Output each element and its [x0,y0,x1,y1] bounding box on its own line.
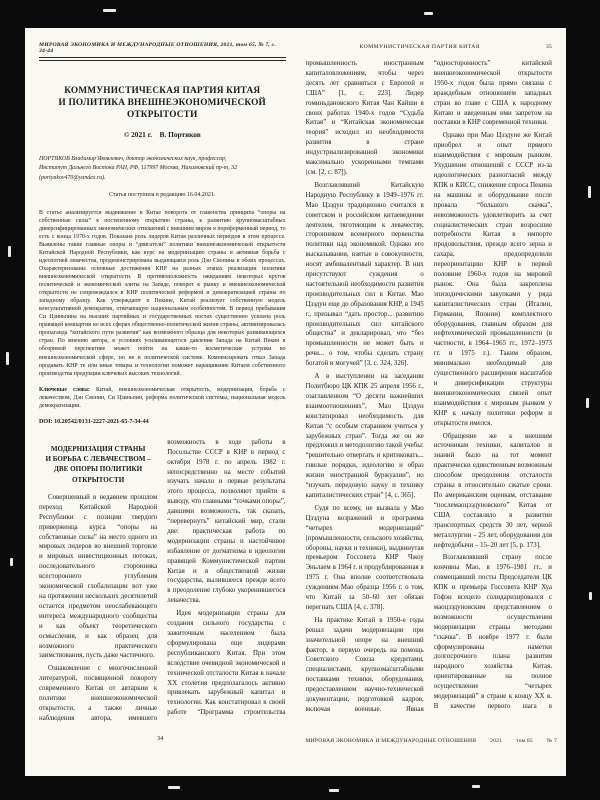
scan-artifact-dash [103,9,116,12]
keywords-block: Ключевые слова: Китай, внешнеэкономическ… [39,386,286,410]
header-double-rule [39,57,286,61]
running-header-right: КОММУНИСТИЧЕСКАЯ ПАРТИЯ КИТАЯ 35 [306,44,553,50]
scan-artifact-dash [10,558,13,566]
section-heading: МОДЕРНИЗАЦИЯ СТРАНЫ И БОРЬБА С ЛЕВАЧЕСТВ… [39,444,157,485]
author-affiliation: ПОРТЯКОВ Владимир Яковлевич, доктор экон… [39,155,286,182]
scan-artifact-dash [8,246,11,257]
received-date-line: Статья поступила в редакцию 16.04.2021. [39,192,286,198]
page-number-34: 34 [25,735,296,742]
scan-artifact-dash [168,786,180,789]
copyright-author-line: © 2021 г. В. Портяков [39,130,286,139]
author-affiliation-line2: Институт Дальнего Востока РАН, РФ, 11799… [39,164,286,182]
scan-artifact-dash [424,12,433,15]
article-title: КОММУНИСТИЧЕСКАЯ ПАРТИЯ КИТАЯ И ПОЛИТИКА… [39,85,286,121]
abstract-text: В статье анализируется выдвижение в Кита… [39,209,286,378]
section-heading-line1: МОДЕРНИЗАЦИЯ СТРАНЫ [39,444,157,454]
body-paragraph: Обращение же к внешним источникам техник… [434,432,552,551]
page-34: МИРОВАЯ ЭКОНОМИКА И МЕЖДУНАРОДНЫЕ ОТНОШЕ… [25,28,296,776]
author-affiliation-line1: ПОРТЯКОВ Владимир Яковлевич, доктор экон… [39,155,286,164]
doi-line: DOI: 10.20542/0131-2227-2021-65-7-34-44 [39,419,286,425]
scan-artifact-dash [6,352,9,365]
footer-year: 2021 [490,738,502,744]
running-header-left: МИРОВАЯ ЭКОНОМИКА И МЕЖДУНАРОДНЫЕ ОТНОШЕ… [39,42,286,54]
page-35: КОММУНИСТИЧЕСКАЯ ПАРТИЯ КИТАЯ 35 промышл… [296,28,567,776]
running-header-title: КОММУНИСТИЧЕСКАЯ ПАРТИЯ КИТАЯ [306,44,535,50]
journal-footer: МИРОВАЯ ЭКОНОМИКА И МЕЖДУНАРОДНЫЕ ОТНОШЕ… [306,738,553,744]
journal-spread: МИРОВАЯ ЭКОНОМИКА И МЕЖДУНАРОДНЫЕ ОТНОШЕ… [25,28,566,776]
scan-artifact-dash [586,398,589,408]
page-35-body-columns: промышленность иностранным капиталовложе… [306,59,553,721]
scan-artifact-dash [588,186,591,198]
body-paragraph: Однако при Мао Цзэдуне же Китай приобрел… [434,131,552,428]
article-title-line2: И ПОЛИТИКА ВНЕШНЕЭКОНОМИЧЕСКОЙ ОТКРЫТОСТ… [39,97,286,121]
scan-artifact-dash [472,785,480,788]
page-34-body-columns: МОДЕРНИЗАЦИЯ СТРАНЫ И БОРЬБА С ЛЕВАЧЕСТВ… [39,438,286,726]
section-heading-line3: ДВЕ ОПОРЫ ПОЛИТИКИ ОТКРЫТОСТИ [39,464,157,485]
body-paragraph: А в выступлении на заседании Политбюро Ц… [306,372,424,501]
scan-artifact-dash [329,789,339,792]
section-heading-line2: И БОРЬБА С ЛЕВАЧЕСТВОМ – [39,454,157,464]
footer-journal-title: МИРОВАЯ ЭКОНОМИКА И МЕЖДУНАРОДНЫЕ ОТНОШЕ… [306,738,477,744]
page-number-35: 35 [534,44,552,50]
keywords-label: Ключевые слова: [39,387,90,393]
footer-volume: том 65 [516,738,533,744]
body-paragraph: Судя по всему, не вызвала у Мао Цзэдуна … [306,504,424,613]
scan-artifact-dash [589,592,592,600]
body-paragraph: промышленность иностранным капиталовложе… [306,59,424,178]
body-paragraph: Возглавлявший Китайскую Народную Республ… [306,181,424,369]
footer-issue: № 7 [547,738,557,744]
body-paragraph: Совершенный в недавнем прошлом переход К… [39,493,157,661]
article-title-line1: КОММУНИСТИЧЕСКАЯ ПАРТИЯ КИТАЯ [39,85,286,97]
